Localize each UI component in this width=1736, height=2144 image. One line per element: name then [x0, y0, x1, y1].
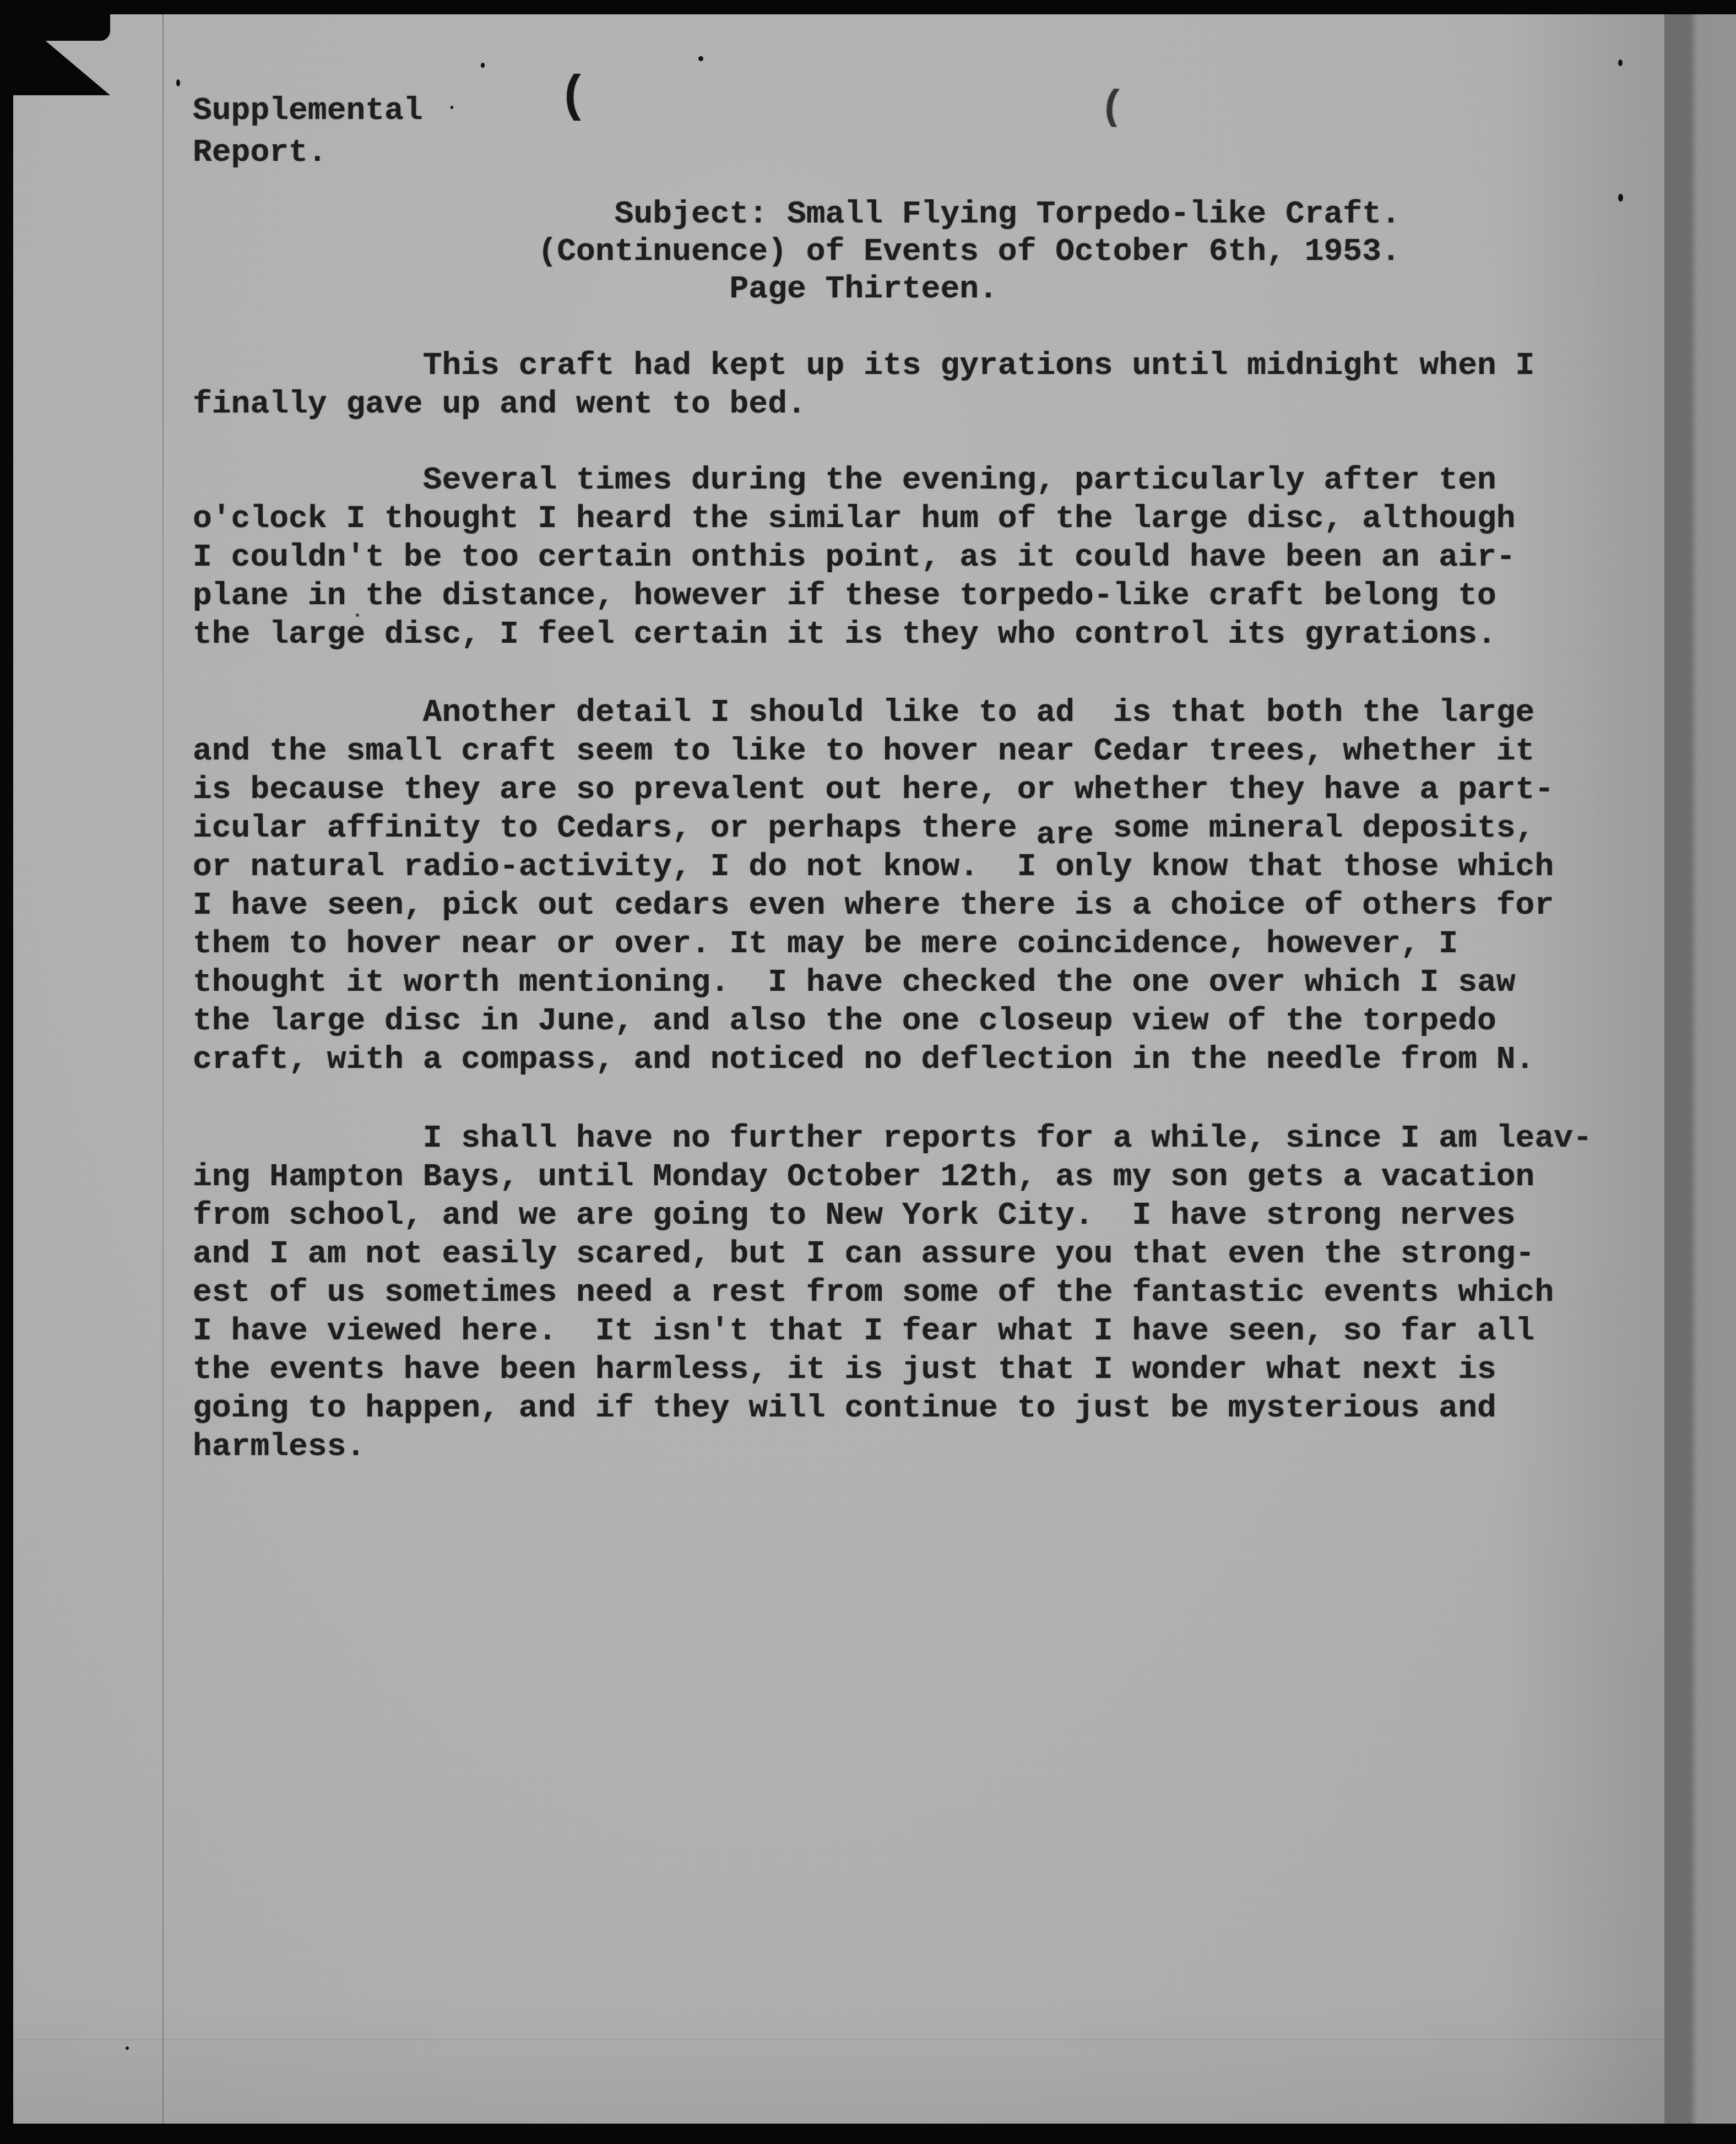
- paragraph-3: Another detail I should like to ad is th…: [193, 694, 1554, 1079]
- text-line: them to hover near or over. It may be me…: [193, 925, 1554, 964]
- subject-block: Subject: Small Flying Torpedo-like Craft…: [193, 196, 1401, 308]
- text-line: This craft had kept up its gyrations unt…: [193, 347, 1534, 386]
- paragraph-2: Several times during the evening, partic…: [193, 462, 1516, 654]
- text-line: icular affinity to Cedars, or perhaps th…: [193, 810, 1554, 848]
- faint-scan-line: [12, 2039, 1664, 2040]
- scan-edge-bottom: [0, 2124, 1736, 2144]
- text-line: I have viewed here. It isn't that I fear…: [193, 1312, 1592, 1351]
- text-line: plane in the distance, however if these …: [193, 577, 1516, 616]
- text-line: I have seen, pick out cedars even where …: [193, 887, 1554, 925]
- text-line: and the small craft seem to like to hove…: [193, 732, 1554, 771]
- dust-speck: [1618, 194, 1623, 202]
- text-line: going to happen, and if they will contin…: [193, 1389, 1592, 1428]
- text-line: o'clock I thought I heard the similar hu…: [193, 500, 1516, 539]
- stray-paren-mark-right: (: [1098, 84, 1126, 132]
- text-line: the large disc, I feel certain it is the…: [193, 616, 1516, 654]
- dust-speck: [356, 614, 359, 617]
- text-line: I couldn't be too certain onthis point, …: [193, 539, 1516, 577]
- scan-edge-left: [0, 0, 13, 2144]
- dust-speck: [126, 2047, 129, 2050]
- text-line: is because they are so prevalent out her…: [193, 771, 1554, 810]
- text-line: the large disc in June, and also the one…: [193, 1002, 1554, 1041]
- dust-speck: [481, 63, 485, 68]
- paragraph-1: This craft had kept up its gyrations unt…: [193, 347, 1534, 424]
- paragraph-4: I shall have no further reports for a wh…: [193, 1120, 1592, 1467]
- scanned-document-photo: { "document": { "header": { "line1": "Su…: [0, 0, 1736, 2144]
- text-line: Subject: Small Flying Torpedo-like Craft…: [193, 196, 1401, 234]
- dust-speck: [698, 56, 703, 61]
- text-line: or natural radio-activity, I do not know…: [193, 848, 1554, 887]
- text-line: (Continuence) of Events of October 6th, …: [193, 234, 1401, 271]
- scan-edge-top: [0, 0, 1736, 14]
- text-line: Several times during the evening, partic…: [193, 462, 1516, 500]
- dust-speck: [1618, 59, 1623, 66]
- dust-speck: [451, 106, 453, 109]
- stray-paren-mark-left: (: [558, 69, 588, 126]
- text-line: thought it worth mentioning. I have chec…: [193, 964, 1554, 1002]
- text-line: and I am not easily scared, but I can as…: [193, 1235, 1592, 1274]
- header-line-report: Report.: [193, 132, 423, 174]
- text-line: est of us sometimes need a rest from som…: [193, 1274, 1592, 1312]
- document-page: Supplemental Report. ( ( Subject: Small …: [12, 14, 1664, 2125]
- text-line: the events have been harmless, it is jus…: [193, 1351, 1592, 1389]
- text-line: Page Thirteen.: [193, 271, 1401, 308]
- text-line: ing Hampton Bays, until Monday October 1…: [193, 1158, 1592, 1197]
- header-line-supplemental: Supplemental: [193, 90, 423, 132]
- text-line: craft, with a compass, and noticed no de…: [193, 1041, 1554, 1079]
- text-line: harmless.: [193, 1428, 1592, 1467]
- scanner-backing-strip: [1664, 0, 1736, 2144]
- text-line: I shall have no further reports for a wh…: [193, 1120, 1592, 1158]
- paper-crease-line: [162, 14, 164, 2125]
- dust-speck: [176, 79, 180, 86]
- text-line: Another detail I should like to ad is th…: [193, 694, 1554, 732]
- text-line: from school, and we are going to New Yor…: [193, 1197, 1592, 1235]
- report-header: Supplemental Report.: [193, 90, 423, 174]
- text-line: finally gave up and went to bed.: [193, 386, 1534, 424]
